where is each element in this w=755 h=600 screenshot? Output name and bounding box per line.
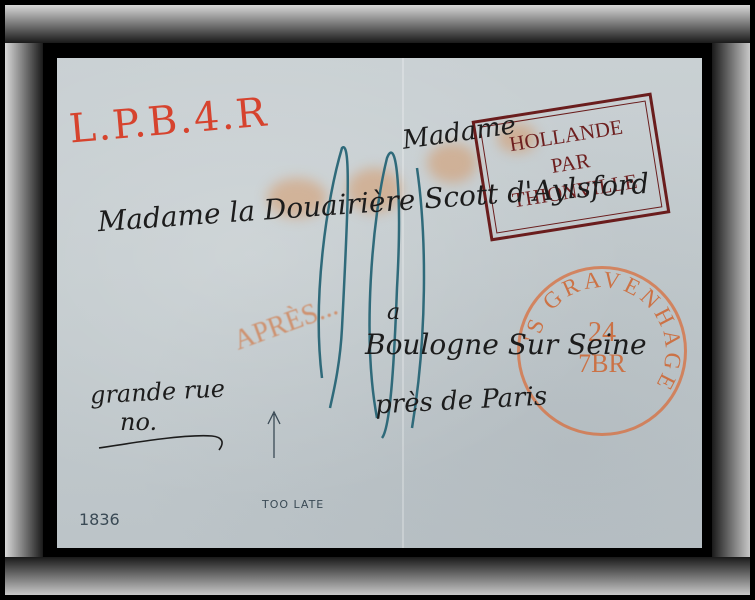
- lpb4r-handstamp: L.P.B.4.R: [67, 89, 269, 152]
- ink-flourish: [97, 430, 227, 455]
- pencil-arrow-icon: [264, 410, 284, 460]
- address-line-3: a: [387, 300, 400, 325]
- address-line-4: Boulogne Sur Seine: [365, 328, 647, 361]
- pencil-year: 1836: [79, 510, 120, 529]
- postal-cover: L.P.B.4.R APRÈS... HOLLANDE PAR THIONVIL…: [57, 58, 702, 548]
- sender-note-street: grande rue: [89, 374, 225, 409]
- pencil-too-late-note: TOO LATE: [262, 498, 324, 511]
